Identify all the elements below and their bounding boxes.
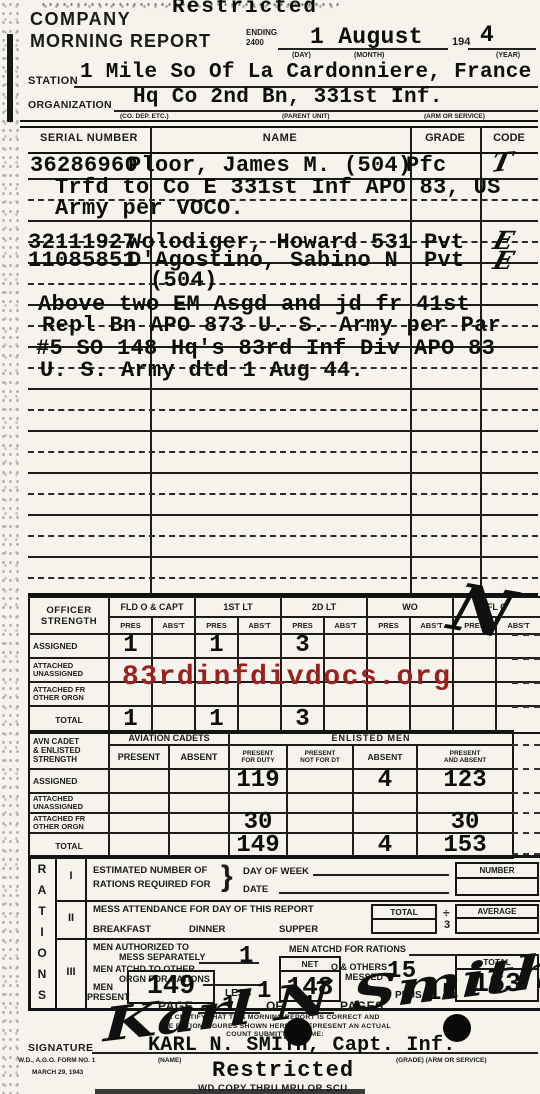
cadet-assigned-value: 4 (354, 770, 418, 794)
enlisted-strength-table: AVN CADET & ENLISTED STRENGTH AVIATION C… (28, 730, 514, 859)
org-sublabel-arm: (ARM OR SERVICE) (424, 113, 485, 120)
cadet-row-label-attached-fr: ATTACHED FR OTHER ORGN (30, 814, 110, 834)
officer-assigned-value (239, 635, 282, 659)
roster-row-serial: 11085851 (28, 248, 136, 273)
form-title-line2: MORNING REPORT (30, 31, 211, 52)
officer-row-label-assigned: ASSIGNED (30, 635, 110, 659)
rations3-auth-label1: MEN AUTHORIZED TO (93, 942, 189, 952)
officer-assigned-value: 1 (110, 635, 153, 659)
officer-total-value (368, 707, 411, 732)
label-line: PRESENT (305, 750, 336, 758)
roster-header-serial: SERIAL NUMBER (28, 132, 150, 144)
rations2-divide-sign: ÷ (443, 906, 450, 920)
rations1-date-label: DATE (243, 884, 268, 895)
officer-total-value: 1 (110, 707, 153, 732)
cadet-total-value (288, 834, 354, 857)
cadet-attfr-value (288, 814, 354, 834)
watermark-text: 83rdinfdivdocs.org (122, 662, 451, 693)
rations-numeral-col-rule (85, 858, 87, 1008)
label-line: FOR DUTY (241, 757, 274, 765)
officer-total-value (497, 707, 540, 732)
label-line: STRENGTH (33, 755, 77, 764)
officer-group-2dlt: 2D LT (282, 598, 368, 618)
year-underline (468, 28, 536, 50)
officer-total-value (239, 707, 282, 732)
form-title-line1: COMPANY (30, 9, 131, 30)
restricted-top-stamp: Restricted (172, 0, 318, 19)
label-line: OTHER ORGN (33, 694, 84, 702)
cadet-total-value: 4 (354, 834, 418, 857)
label-line: PRESENT (450, 750, 481, 758)
number-box-label: NUMBER (457, 864, 537, 879)
officer-total-value (325, 707, 368, 732)
officer-total-value: 1 (196, 707, 239, 732)
org-sublabel-parent: (PARENT UNIT) (282, 113, 330, 120)
label-line: UNASSIGNED (33, 670, 83, 678)
org-sublabel-co: (CO. DEP. ETC.) (120, 113, 169, 120)
punch-hole-right (443, 1014, 471, 1042)
label-line: OTHER ORGN (33, 823, 84, 831)
roster-row-grade: Pvt (424, 248, 465, 273)
cadet-col-pnfd: PRESENT NOT FOR DT (288, 746, 354, 770)
report-date-value: 1 August (310, 24, 423, 50)
officer-total-value (411, 707, 454, 732)
cadet-group-enlisted: ENLISTED MEN (230, 732, 512, 746)
rations3-auth-label2: MESS SEPARATELY (119, 952, 205, 962)
roster-row-text: U. S. Army dtd 1 Aug 44. (40, 358, 364, 383)
rations2-average-box: AVERAGE (455, 904, 539, 934)
roster-header-grade: GRADE (410, 132, 480, 144)
cadet-total-value (170, 834, 230, 857)
rations1-number-box: NUMBER (455, 862, 539, 896)
cadet-group-aviation: AVIATION CADETS (110, 732, 230, 746)
officer-group-fldo: FLD O & CAPT (110, 598, 196, 618)
day-sublabel: (DAY) (292, 52, 311, 59)
cadet-total-value: 153 (418, 834, 512, 857)
rations-numeral-3: III (59, 966, 83, 978)
lead-dash (512, 812, 540, 814)
cadet-assigned-value (170, 770, 230, 794)
lead-dash (512, 768, 540, 770)
cadet-total-value: 149 (230, 834, 288, 857)
officer-sub-abst: ABS'T (239, 618, 282, 635)
rations-numeral-1: I (59, 870, 83, 882)
officer-title-1: OFFICER (46, 605, 91, 616)
officer-title-2: STRENGTH (41, 616, 97, 627)
lead-dash (512, 658, 540, 660)
average-box-label: AVERAGE (457, 906, 537, 919)
roster-table: SERIAL NUMBER NAME GRADE CODE 36286960 P… (28, 126, 538, 596)
ending-label: ENDING (246, 28, 277, 37)
rations2-dinner: DINNER (189, 924, 225, 935)
organization-value: Hq Co 2nd Bn, 331st Inf. (133, 86, 443, 109)
officer-row-label-total: TOTAL (30, 707, 110, 732)
rations-sec1-rule (55, 900, 540, 902)
officer-assigned-value (153, 635, 196, 659)
rations-numeral-2: II (59, 912, 83, 924)
rations3-auth-value: 1 (239, 943, 254, 970)
organization-label: ORGANIZATION (28, 99, 112, 111)
year-sublabel: (YEAR) (496, 52, 520, 59)
cadet-row-label-total: TOTAL (30, 834, 110, 857)
month-sublabel: (MONTH) (354, 52, 384, 59)
signature-label: SIGNATURE (28, 1042, 94, 1054)
roster-row-text: Repl Bn APO 873 U. S. Army per Par (42, 313, 501, 338)
rations-letter-col-rule (55, 858, 57, 1008)
ending-2400-label: 2400 (246, 38, 264, 47)
cadet-row-label-attached-unassigned: ATTACHED UNASSIGNED (30, 794, 110, 814)
cadet-assigned-value (288, 770, 354, 794)
officer-row-label-attached-fr: ATTACHED FR OTHER ORGN (30, 683, 110, 707)
bottom-smudge (95, 1089, 365, 1094)
roster-header-code: CODE (480, 132, 538, 144)
cadet-attfr-value (110, 814, 170, 834)
rations2-total-box: TOTAL (371, 904, 437, 934)
lead-dash (512, 792, 540, 794)
label-line: PRESENT (243, 750, 274, 758)
officer-sub-abst: ABS'T (325, 618, 368, 635)
cadet-attfr-value: 30 (418, 814, 512, 834)
label-line: AVN CADET (33, 737, 79, 746)
rations3-men-present-label1: MEN (93, 982, 113, 992)
label-line: NOT FOR DT (300, 757, 340, 765)
cadet-attfr-value (170, 814, 230, 834)
rations3-atchd-rations-label: MEN ATCHD FOR RATIONS (289, 944, 406, 954)
lead-dash (512, 682, 540, 684)
cadet-assigned-value (110, 770, 170, 794)
lead-dash (512, 634, 540, 636)
cadet-total-value (110, 834, 170, 857)
station-label: STATION (28, 75, 78, 87)
scan-edge-mark (7, 34, 13, 122)
year-value: 4 (480, 22, 494, 48)
form-number: W.D., A.G.O. FORM NO. 1 (18, 1057, 95, 1064)
rations2-breakfast: BREAKFAST (93, 924, 151, 935)
roster-header-name: NAME (150, 132, 410, 144)
cadet-title: AVN CADET & ENLISTED STRENGTH (30, 732, 110, 770)
officer-group-wo: WO (368, 598, 454, 618)
officer-total-value: 3 (282, 707, 325, 732)
officer-assigned-value: 1 (196, 635, 239, 659)
rations-vertical-label: RATIONS (35, 862, 49, 1004)
rations2-supper: SUPPER (279, 924, 318, 935)
cadet-col-absent: ABSENT (170, 746, 230, 770)
restricted-bottom-stamp: Restricted (212, 1058, 354, 1083)
label-line: UNASSIGNED (33, 803, 83, 811)
name-sublabel: (NAME) (158, 1057, 181, 1064)
roster-row-text: Army per VOCO. (55, 196, 244, 221)
label-line: & ENLISTED (33, 746, 81, 755)
scan-noise-left (0, 0, 22, 1094)
officer-group-1stlt: 1ST LT (196, 598, 282, 618)
lead-dash (512, 744, 540, 746)
rations2-divide-by: 3 (444, 919, 450, 931)
rations-sec2-rule (55, 938, 540, 940)
cadet-attfr-value: 30 (230, 814, 288, 834)
officer-strength-title: OFFICER STRENGTH (30, 598, 110, 635)
morning-report-document: Restricted COMPANY MORNING REPORT ENDING… (0, 0, 540, 1094)
rations1-day-of-week-label: DAY OF WEEK (243, 866, 309, 877)
grade-sublabel: (GRADE) (ARM OR SERVICE) (396, 1057, 487, 1064)
officer-total-value (153, 707, 196, 732)
officer-assigned-value (368, 635, 411, 659)
officer-assigned-value: 3 (282, 635, 325, 659)
rations1-brace: } (221, 860, 233, 894)
officer-total-value (454, 707, 497, 732)
officer-sub-abst: ABS'T (153, 618, 196, 635)
officer-assigned-value (325, 635, 368, 659)
rations2-header: MESS ATTENDANCE FOR DAY OF THIS REPORT (93, 904, 314, 915)
rations1-label1: ESTIMATED NUMBER OF (93, 865, 207, 876)
cadet-attfr-value (354, 814, 418, 834)
rations1-day-underline (313, 866, 449, 876)
lead-dash (512, 832, 540, 834)
officer-sub-pres: PRES (368, 618, 411, 635)
cadet-assigned-value: 119 (230, 770, 288, 794)
form-date: MARCH 29, 1943 (32, 1069, 83, 1076)
label-line: AND ABSENT (444, 757, 486, 765)
officer-row-label-attached-unassigned: ATTACHED UNASSIGNED (30, 659, 110, 683)
cadet-row-label-assigned: ASSIGNED (30, 770, 110, 794)
total-box-label: TOTAL (373, 906, 435, 920)
roster-row-name: (504) (150, 268, 218, 293)
lead-dash (512, 706, 540, 708)
cadet-col-present: PRESENT (110, 746, 170, 770)
station-value: 1 Mile So Of La Cardonniere, France (80, 61, 532, 84)
rations1-label2: RATIONS REQUIRED FOR (93, 879, 211, 890)
rations1-date-underline (279, 884, 449, 894)
cadet-assigned-value: 123 (418, 770, 512, 794)
